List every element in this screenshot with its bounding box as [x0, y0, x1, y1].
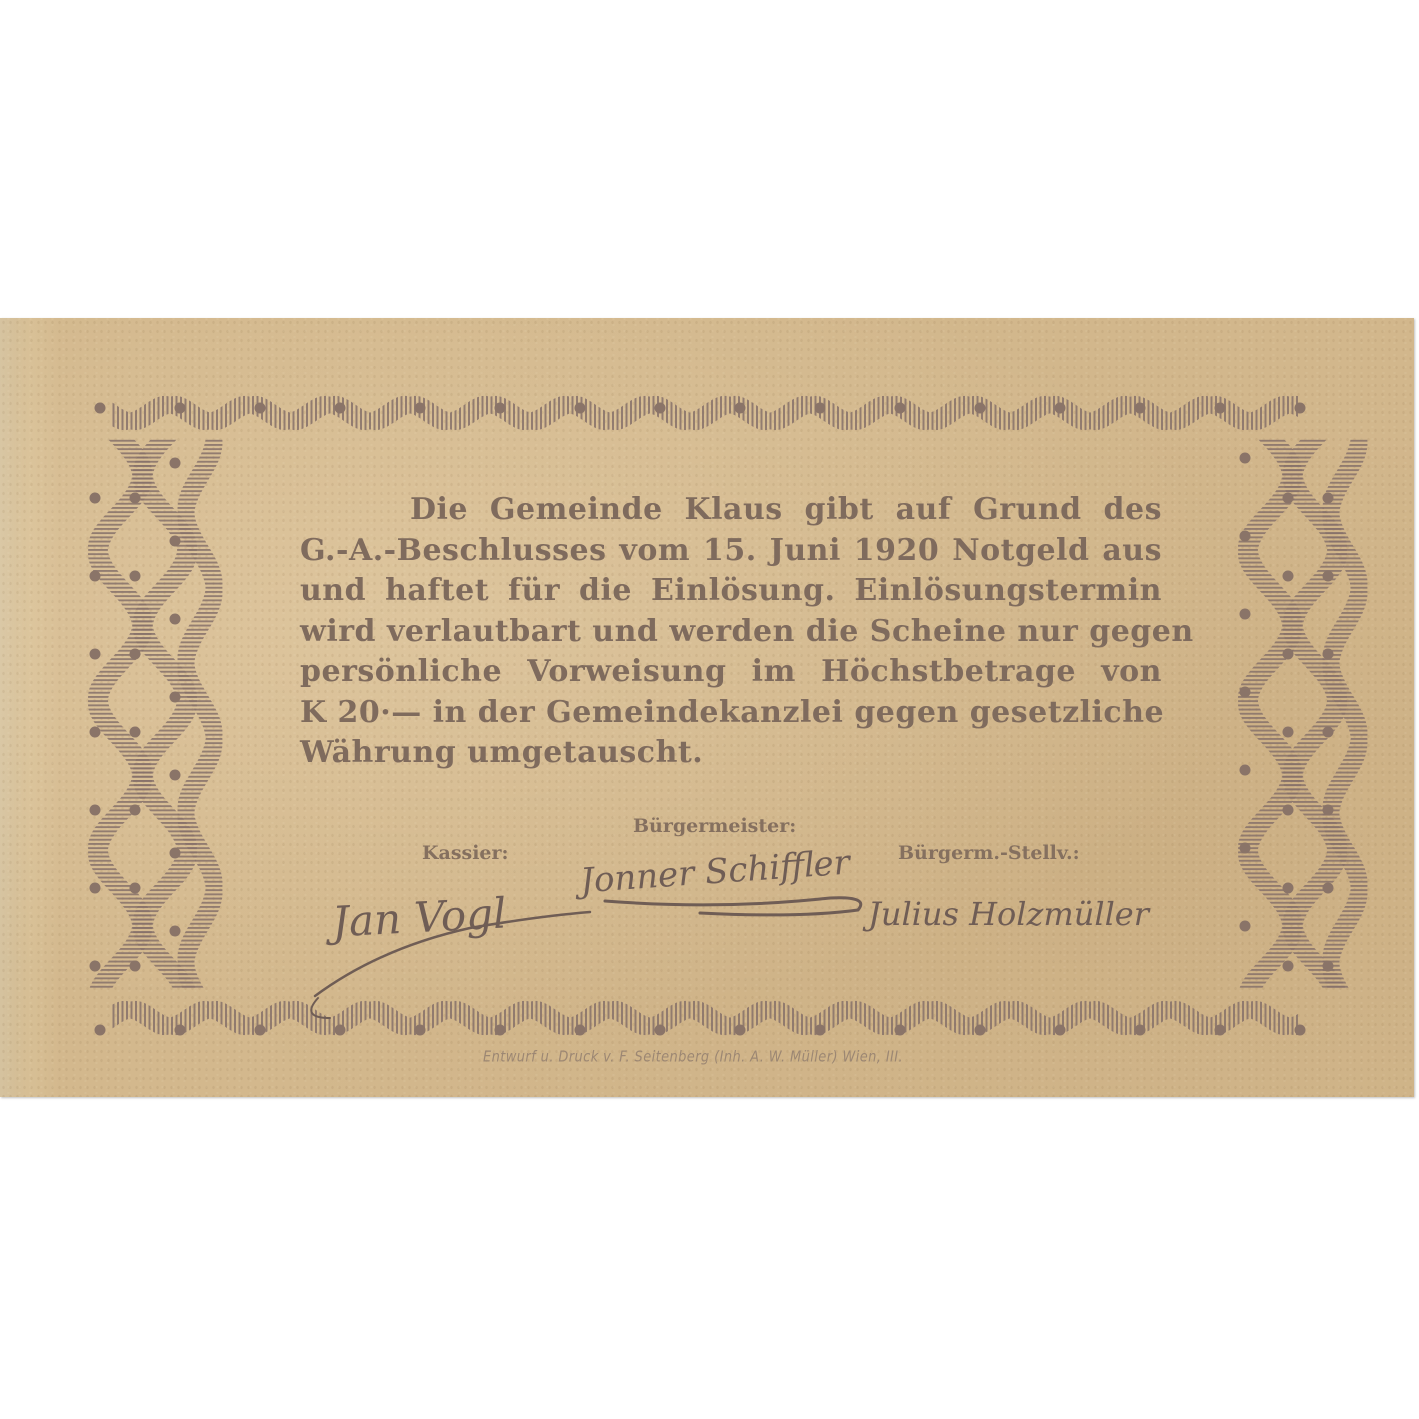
redemption-text: Die Gemeinde Klaus gibt auf Grund des G.…	[300, 490, 1162, 774]
text-line: wird verlautbart und werden die Scheine …	[300, 612, 1162, 653]
deputy-signature: Julius Holzmüller	[868, 895, 1149, 933]
text-line: G.-A.-Beschlusses vom 15. Juni 1920 Notg…	[300, 531, 1162, 572]
text-line: Die Gemeinde Klaus gibt auf Grund des	[300, 490, 1162, 531]
text-line: persönliche Vorweisung im Höchstbetrage …	[300, 652, 1162, 693]
text-line: K 20·— in der Gemeindekanzlei gegen gese…	[300, 693, 1162, 734]
mayor-label: Bürgermeister:	[633, 815, 796, 837]
deputy-label: Bürgerm.-Stellv.:	[898, 842, 1080, 864]
text-line: Währung umgetauscht.	[300, 733, 1162, 774]
cashier-signature: Jan Vogl	[331, 888, 508, 946]
cashier-label: Kassier:	[422, 842, 509, 864]
text-line: und haftet für die Einlösung. Einlösungs…	[300, 571, 1162, 612]
printer-imprint: Entwurf u. Druck v. F. Seitenberg (Inh. …	[483, 1049, 943, 1066]
